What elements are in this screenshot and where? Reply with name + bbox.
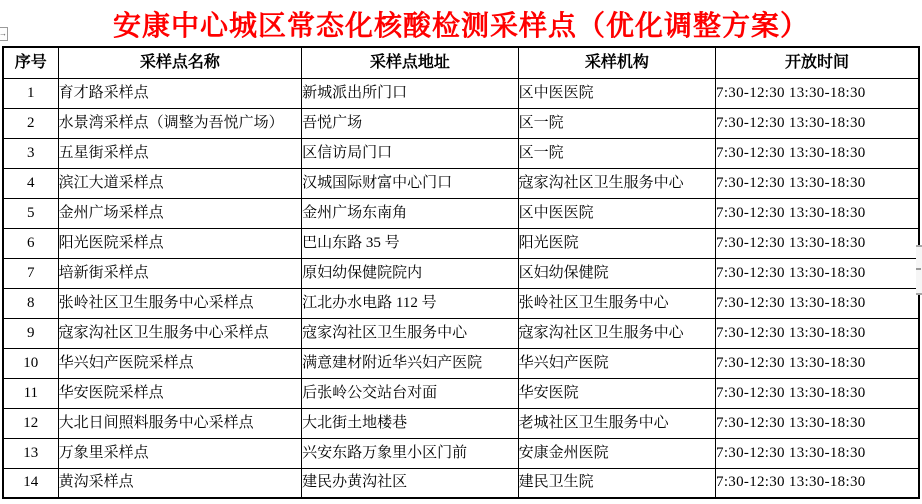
cell-org: 区一院 <box>518 138 715 168</box>
cell-org: 寇家沟社区卫生服务中心 <box>518 318 715 348</box>
cell-index: 13 <box>3 438 58 468</box>
table-row: 8 张岭社区卫生服务中心采样点 江北办水电路 112 号 张岭社区卫生服务中心 … <box>3 288 919 318</box>
col-header-index: 序号 <box>3 47 58 78</box>
cell-name: 阳光医院采样点 <box>58 228 302 258</box>
cell-index: 14 <box>3 468 58 498</box>
col-header-time: 开放时间 <box>716 47 919 78</box>
cell-org: 张岭社区卫生服务中心 <box>518 288 715 318</box>
table-row: 3 五星街采样点 区信访局门口 区一院 7:30-12:30 13:30-18:… <box>3 138 919 168</box>
cell-time: 7:30-12:30 13:30-18:30 <box>716 378 919 408</box>
cell-org: 区中医医院 <box>518 78 715 108</box>
cell-name: 张岭社区卫生服务中心采样点 <box>58 288 302 318</box>
cell-name: 滨江大道采样点 <box>58 168 302 198</box>
cell-time: 7:30-12:30 13:30-18:30 <box>716 408 919 438</box>
cell-name: 培新街采样点 <box>58 258 302 288</box>
table-body: 1 育才路采样点 新城派出所门口 区中医医院 7:30-12:30 13:30-… <box>3 78 919 498</box>
cell-index: 1 <box>3 78 58 108</box>
cell-time: 7:30-12:30 13:30-18:30 <box>716 438 919 468</box>
cell-name: 万象里采样点 <box>58 438 302 468</box>
cell-name: 华安医院采样点 <box>58 378 302 408</box>
cell-address: 吾悦广场 <box>302 108 518 138</box>
col-header-address: 采样点地址 <box>302 47 518 78</box>
table-row: 4 滨江大道采样点 汉城国际财富中心门口 寇家沟社区卫生服务中心 7:30-12… <box>3 168 919 198</box>
cell-index: 11 <box>3 378 58 408</box>
cell-org: 华安医院 <box>518 378 715 408</box>
cell-index: 3 <box>3 138 58 168</box>
cell-org: 阳光医院 <box>518 228 715 258</box>
header-row: 序号 采样点名称 采样点地址 采样机构 开放时间 <box>3 47 919 78</box>
table-anchor-icon[interactable]: → <box>0 27 8 41</box>
cell-name: 黄沟采样点 <box>58 468 302 498</box>
cell-index: 6 <box>3 228 58 258</box>
cell-org: 安康金州医院 <box>518 438 715 468</box>
cell-address: 满意建材附近华兴妇产医院 <box>302 348 518 378</box>
table-row: 7 培新街采样点 原妇幼保健院院内 区妇幼保健院 7:30-12:30 13:3… <box>3 258 919 288</box>
table-row: 14 黄沟采样点 建民办黄沟社区 建民卫生院 7:30-12:30 13:30-… <box>3 468 919 498</box>
cell-name: 金州广场采样点 <box>58 198 302 228</box>
cell-index: 12 <box>3 408 58 438</box>
cell-index: 9 <box>3 318 58 348</box>
cell-time: 7:30-12:30 13:30-18:30 <box>716 78 919 108</box>
cell-address: 巴山东路 35 号 <box>302 228 518 258</box>
cell-address: 区信访局门口 <box>302 138 518 168</box>
table-row: 13 万象里采样点 兴安东路万象里小区门前 安康金州医院 7:30-12:30 … <box>3 438 919 468</box>
cell-index: 5 <box>3 198 58 228</box>
cell-name: 大北日间照料服务中心采样点 <box>58 408 302 438</box>
cell-time: 7:30-12:30 13:30-18:30 <box>716 348 919 378</box>
cell-address: 新城派出所门口 <box>302 78 518 108</box>
col-header-name: 采样点名称 <box>58 47 302 78</box>
cell-address: 兴安东路万象里小区门前 <box>302 438 518 468</box>
cell-address: 后张岭公交站台对面 <box>302 378 518 408</box>
cell-time: 7:30-12:30 13:30-18:30 <box>716 318 919 348</box>
cell-org: 寇家沟社区卫生服务中心 <box>518 168 715 198</box>
cell-time: 7:30-12:30 13:30-18:30 <box>716 168 919 198</box>
document-page: → 安康中心城区常态化核酸检测采样点（优化调整方案） 序号 采样点名称 采样点地… <box>0 0 922 44</box>
cell-address: 大北街土地楼巷 <box>302 408 518 438</box>
cell-index: 4 <box>3 168 58 198</box>
cell-time: 7:30-12:30 13:30-18:30 <box>716 198 919 228</box>
table-row: 9 寇家沟社区卫生服务中心采样点 寇家沟社区卫生服务中心 寇家沟社区卫生服务中心… <box>3 318 919 348</box>
cell-index: 10 <box>3 348 58 378</box>
cell-address: 江北办水电路 112 号 <box>302 288 518 318</box>
cell-time: 7:30-12:30 13:30-18:30 <box>716 228 919 258</box>
cell-time: 7:30-12:30 13:30-18:30 <box>716 138 919 168</box>
cell-address: 建民办黄沟社区 <box>302 468 518 498</box>
table-row: 1 育才路采样点 新城派出所门口 区中医医院 7:30-12:30 13:30-… <box>3 78 919 108</box>
table-row: 11 华安医院采样点 后张岭公交站台对面 华安医院 7:30-12:30 13:… <box>3 378 919 408</box>
cell-name: 华兴妇产医院采样点 <box>58 348 302 378</box>
cell-index: 8 <box>3 288 58 318</box>
cell-name: 育才路采样点 <box>58 78 302 108</box>
cell-name: 五星街采样点 <box>58 138 302 168</box>
scrollbar-grip-icon <box>916 268 921 270</box>
table-row: 5 金州广场采样点 金州广场东南角 区中医医院 7:30-12:30 13:30… <box>3 198 919 228</box>
cell-name: 寇家沟社区卫生服务中心采样点 <box>58 318 302 348</box>
cell-address: 汉城国际财富中心门口 <box>302 168 518 198</box>
cell-time: 7:30-12:30 13:30-18:30 <box>716 288 919 318</box>
cell-time: 7:30-12:30 13:30-18:30 <box>716 108 919 138</box>
table-row: 6 阳光医院采样点 巴山东路 35 号 阳光医院 7:30-12:30 13:3… <box>3 228 919 258</box>
cell-address: 原妇幼保健院院内 <box>302 258 518 288</box>
table-row: 2 水景湾采样点（调整为吾悦广场） 吾悦广场 区一院 7:30-12:30 13… <box>3 108 919 138</box>
cell-address: 金州广场东南角 <box>302 198 518 228</box>
sampling-points-table: 序号 采样点名称 采样点地址 采样机构 开放时间 1 育才路采样点 新城派出所门… <box>2 46 920 499</box>
table-row: 12 大北日间照料服务中心采样点 大北街土地楼巷 老城社区卫生服务中心 7:30… <box>3 408 919 438</box>
page-title: 安康中心城区常态化核酸检测采样点（优化调整方案） <box>0 0 922 44</box>
cell-time: 7:30-12:30 13:30-18:30 <box>716 258 919 288</box>
col-header-org: 采样机构 <box>518 47 715 78</box>
cell-name: 水景湾采样点（调整为吾悦广场） <box>58 108 302 138</box>
anchor-arrow-icon: → <box>0 29 7 38</box>
table-row: 10 华兴妇产医院采样点 满意建材附近华兴妇产医院 华兴妇产医院 7:30-12… <box>3 348 919 378</box>
cell-org: 老城社区卫生服务中心 <box>518 408 715 438</box>
cell-org: 区中医医院 <box>518 198 715 228</box>
cell-org: 区妇幼保健院 <box>518 258 715 288</box>
cell-org: 建民卫生院 <box>518 468 715 498</box>
scrollbar-thumb[interactable] <box>916 245 922 295</box>
cell-index: 7 <box>3 258 58 288</box>
cell-index: 2 <box>3 108 58 138</box>
cell-org: 华兴妇产医院 <box>518 348 715 378</box>
cell-address: 寇家沟社区卫生服务中心 <box>302 318 518 348</box>
cell-time: 7:30-12:30 13:30-18:30 <box>716 468 919 498</box>
cell-org: 区一院 <box>518 108 715 138</box>
